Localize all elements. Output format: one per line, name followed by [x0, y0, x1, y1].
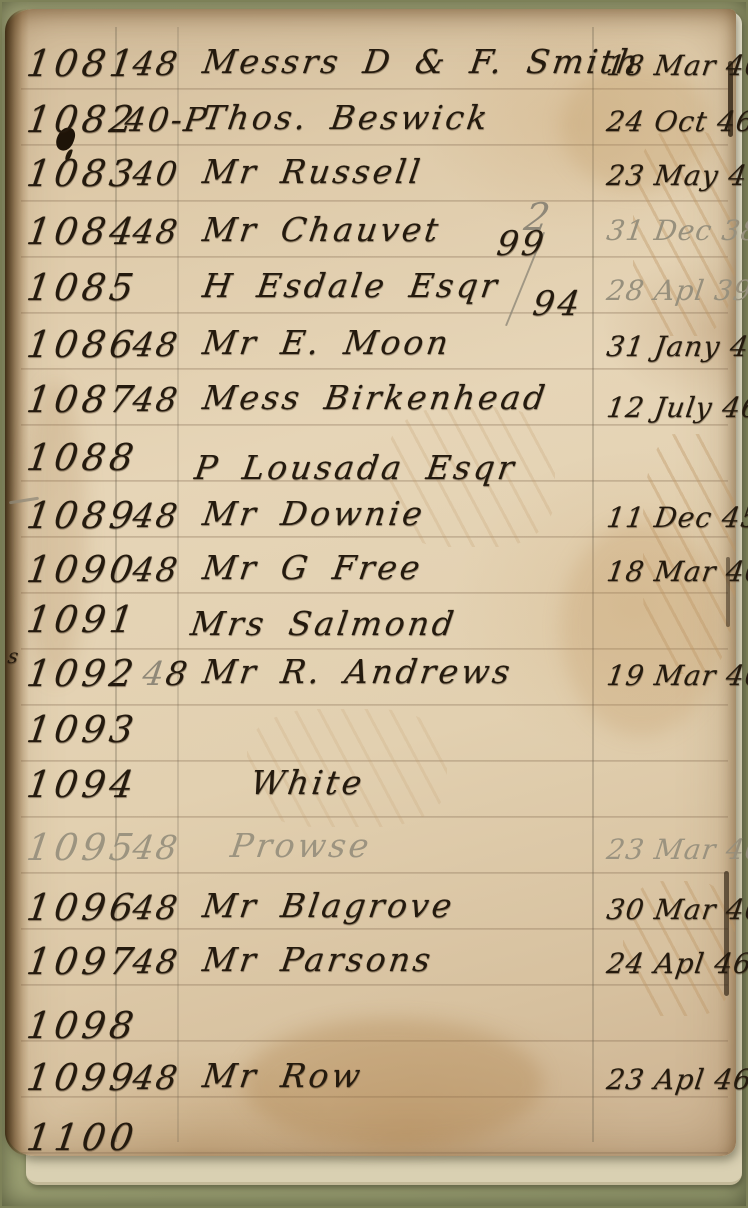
entry-number: 1081 — [24, 42, 140, 85]
ledger-row: 1086 48 Mr E. Moon 31 Jany 46 — [5, 323, 736, 381]
entry-date: 23 Mar 46 — [605, 833, 748, 866]
ledger-row: 1093 — [5, 708, 736, 766]
customer-name: Thos. Beswick — [200, 98, 493, 137]
size-value: 40-P — [122, 100, 211, 139]
entry-date: 24 Oct 46 — [605, 105, 748, 138]
size-value: 48 — [130, 496, 181, 535]
entry-date: 24 Apl 46 — [605, 947, 748, 980]
customer-name: Mr Russell — [200, 152, 425, 191]
ledger-row: 1096 48 Mr Blagrove 30 Mar 46 — [5, 886, 736, 944]
size-value: 48 — [130, 828, 181, 867]
entry-date: 18 Mar 46 — [605, 49, 748, 82]
ledger-row: 1082 40-P Thos. Beswick 24 Oct 46 — [5, 98, 736, 156]
size-value: 48 — [130, 550, 181, 589]
size-value: 48 — [130, 888, 181, 927]
entry-number: 1084 — [24, 210, 140, 253]
entry-date: 18 Mar 46 — [605, 555, 748, 588]
size-value: 48 — [130, 325, 181, 364]
entry-date: 11 Dec 45 — [605, 501, 748, 534]
entry-date: 31 Jany 46 — [605, 330, 748, 363]
size-value: 48 — [130, 942, 181, 981]
entry-number: 1094 — [24, 763, 140, 806]
customer-name: Prowse — [228, 826, 374, 865]
customer-name: White — [248, 763, 367, 802]
ledger-row: 1091 Mrs Salmond — [5, 598, 736, 656]
entry-date: 28 Apl 39 — [605, 274, 748, 307]
entry-prefix: s — [6, 644, 20, 668]
size-value: 48 — [130, 1058, 181, 1097]
ledger-row: 1094 White — [5, 763, 736, 821]
memo-number: 94 — [530, 284, 585, 324]
size-value: 48 — [130, 44, 181, 83]
ledger-row: 1087 48 Mess Birkenhead 12 July 46 — [5, 378, 736, 436]
ledger-row: 1097 48 Mr Parsons 24 Apl 46 — [5, 940, 736, 998]
entry-number: 1099 — [24, 1056, 140, 1099]
entry-number: 1093 — [24, 708, 140, 751]
entry-number: 1096 — [24, 886, 140, 929]
entry-date: 12 July 46 — [605, 391, 748, 424]
entry-number: 1097 — [24, 940, 140, 983]
entry-number: 1086 — [24, 323, 140, 366]
customer-name: H Esdale Esqr — [200, 266, 502, 305]
entry-date: 23 Apl 46 — [605, 1063, 748, 1096]
ledger-page: 2 1081 48 Messrs D & F. Smith 18 Mar 46 … — [5, 9, 736, 1156]
ledger-row: 1081 48 Messrs D & F. Smith 18 Mar 46 — [5, 42, 736, 100]
customer-name: Messrs D & F. Smith — [200, 42, 643, 81]
entry-number: 1095 — [24, 826, 140, 869]
entry-number: 1091 — [24, 598, 140, 641]
ledger-row: s 1092 48 Mr R. Andrews 19 Mar 46 — [5, 652, 736, 710]
entry-date: 31 Dec 38 — [605, 214, 748, 247]
customer-name: Mr R. Andrews — [200, 652, 515, 691]
ledger-row: 1099 48 Mr Row 23 Apl 46 — [5, 1056, 736, 1114]
ledger-row: 1085 H Esdale Esqr 94 28 Apl 39 — [5, 266, 736, 324]
scanned-ledger-photo: 2 1081 48 Messrs D & F. Smith 18 Mar 46 … — [0, 0, 748, 1208]
size-value: 48 — [140, 654, 191, 693]
customer-name: Mess Birkenhead — [200, 378, 550, 417]
customer-name: Mr G Free — [200, 548, 425, 587]
ledger-row: 1084 48 Mr Chauvet 99 31 Dec 38 — [5, 210, 736, 268]
customer-name: Mr E. Moon — [200, 323, 453, 362]
memo-number: 99 — [494, 224, 549, 264]
ledger-row: 1089 48 Mr Downie 11 Dec 45 — [5, 494, 736, 552]
ledger-row: 1095 48 Prowse 23 Mar 46 — [5, 826, 736, 884]
entry-number: 1087 — [24, 378, 140, 421]
customer-name: Mr Chauvet — [200, 210, 443, 249]
customer-name: Mr Downie — [200, 494, 427, 533]
ledger-row: 1098 — [5, 1004, 736, 1062]
size-value: 48 — [130, 212, 181, 251]
ledger-row: 1083 40 Mr Russell 23 May 46 — [5, 152, 736, 210]
entry-date: 19 Mar 46 — [605, 659, 748, 692]
entry-number: 1098 — [24, 1004, 140, 1047]
entry-number: 1090 — [24, 548, 140, 591]
entry-number: 1089 — [24, 494, 140, 537]
customer-name: P Lousada Esqr — [192, 448, 519, 487]
entry-date: 23 May 46 — [605, 159, 748, 192]
entry-number: 1100 — [24, 1116, 140, 1159]
entry-number: 1083 — [24, 152, 140, 195]
size-value: 48 — [130, 380, 181, 419]
entry-date: 30 Mar 46 — [605, 893, 748, 926]
entry-number: 1088 — [24, 436, 140, 479]
ledger-row: 1088 P Lousada Esqr — [5, 436, 736, 494]
customer-name: Mr Parsons — [200, 940, 436, 979]
ledger-row: 1100 — [5, 1116, 736, 1174]
size-value: 40 — [130, 154, 181, 193]
customer-name: Mr Row — [200, 1056, 365, 1095]
entry-number: 1092 — [24, 652, 140, 695]
entry-number: 1085 — [24, 266, 140, 309]
customer-name: Mrs Salmond — [188, 604, 459, 643]
customer-name: Mr Blagrove — [200, 886, 457, 925]
